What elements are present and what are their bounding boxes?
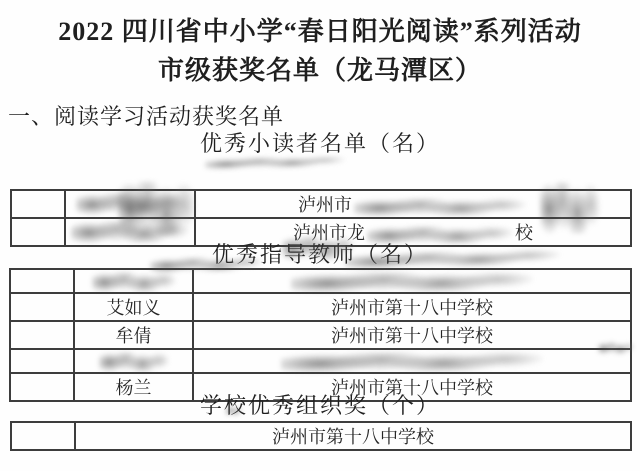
table-row: 泸州市第十八中学校 xyxy=(11,422,631,450)
cell-no xyxy=(10,293,74,321)
cell-no xyxy=(11,190,65,218)
stray-smudge xyxy=(539,181,601,235)
document-page: 2022 四川省中小学“春日阳光阅读”系列活动 市级获奖名单（龙马潭区） 一、阅… xyxy=(0,0,640,471)
cell-name: 牟倩 xyxy=(74,321,193,349)
cell-no xyxy=(10,269,74,293)
school-prefix: 泸州市 xyxy=(298,195,352,215)
table-row xyxy=(10,349,631,373)
stray-smudge xyxy=(598,341,634,354)
cell-school-redacted xyxy=(193,349,631,373)
table-row xyxy=(10,269,631,293)
redaction-smudge xyxy=(291,270,533,294)
table-row: 艾如义 泸州市第十八中学校 xyxy=(10,293,631,321)
cell-name-redacted xyxy=(74,349,193,373)
redaction-smudge xyxy=(98,351,168,372)
teachers-award-table: 艾如义 泸州市第十八中学校 牟倩 泸州市第十八中学校 杨兰 泸州市第十八中学校 xyxy=(9,268,632,402)
redaction-smudge xyxy=(281,350,543,375)
redaction-smudge xyxy=(91,271,175,292)
document-title-line1: 2022 四川省中小学“春日阳光阅读”系列活动 xyxy=(0,17,640,47)
cell-school: 泸州市第十八中学校 xyxy=(193,293,631,321)
cell-school-redacted xyxy=(193,269,631,293)
readers-table-heading: 优秀小读者名单（名） xyxy=(0,127,640,158)
table-row: 泸州市 xyxy=(11,190,631,218)
cell-school: 泸州市第十八中学校 xyxy=(193,321,631,349)
organization-award-table: 泸州市第十八中学校 xyxy=(10,421,632,451)
organization-table-heading: 学校优秀组织奖（个） xyxy=(0,389,640,420)
cell-name: 艾如义 xyxy=(74,293,193,321)
stray-smudge xyxy=(282,235,355,261)
document-title-line2: 市级获奖名单（龙马潭区） xyxy=(0,56,640,86)
table-row: 牟倩 泸州市第十八中学校 xyxy=(10,321,631,349)
cell-no xyxy=(11,422,75,450)
cell-no xyxy=(10,349,74,373)
redaction-smudge xyxy=(354,196,526,217)
cell-no xyxy=(10,321,74,349)
cell-school: 泸州市第十八中学校 xyxy=(75,422,631,450)
stray-smudge xyxy=(226,406,242,417)
stray-smudge xyxy=(117,180,197,238)
